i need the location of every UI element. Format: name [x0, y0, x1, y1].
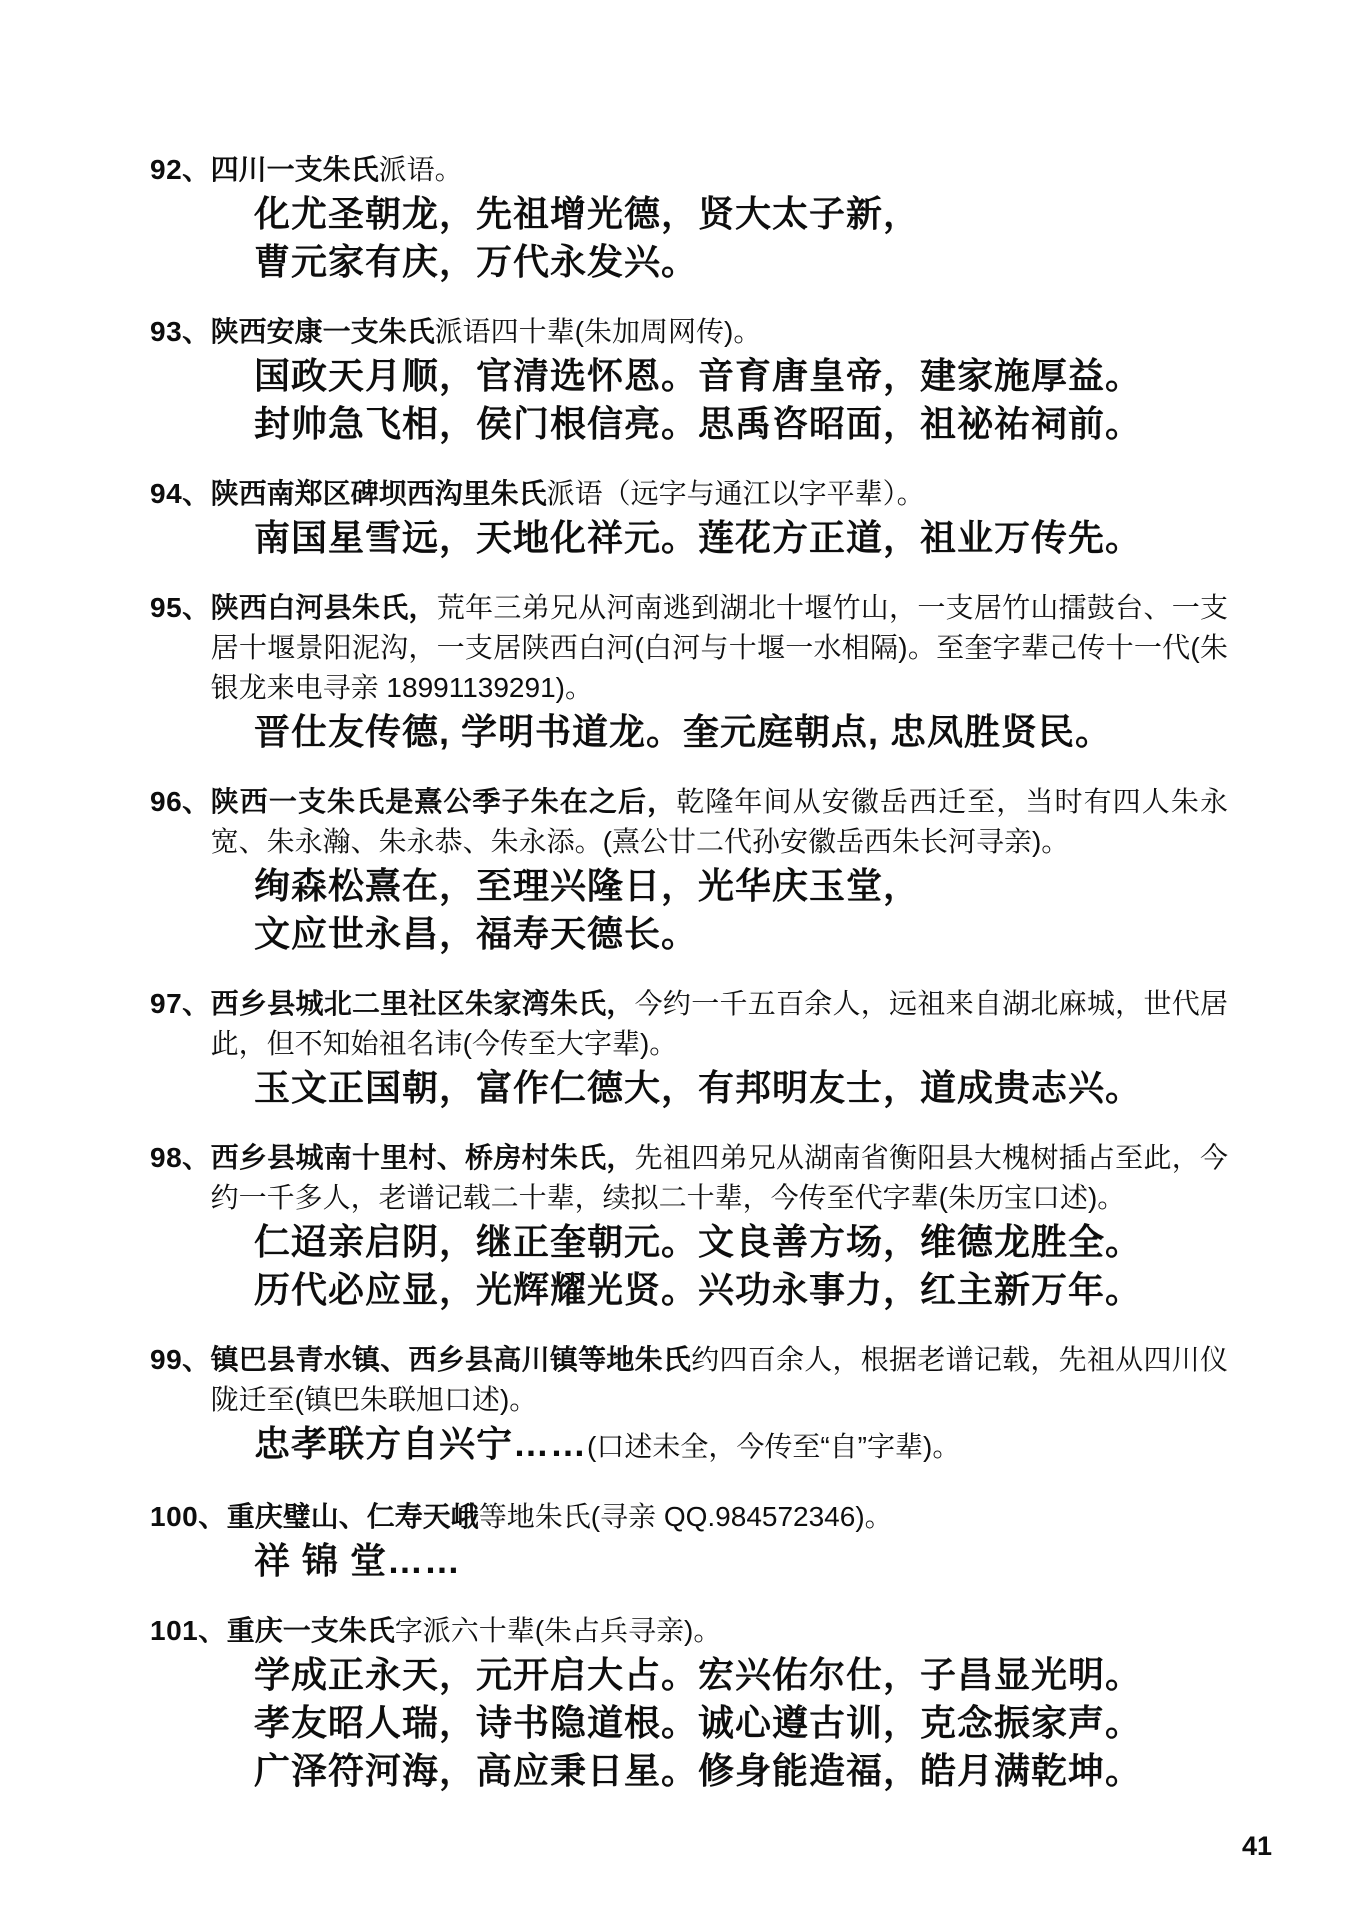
- poem-text-segment: 玉文正国朝，富作仁德大，有邦明友士，道成贵志兴。: [254, 1067, 1142, 1108]
- poem-line: 玉文正国朝，富作仁德大，有邦明友士，道成贵志兴。: [254, 1064, 1228, 1112]
- item-description: 镇巴县青水镇、西乡县高川镇等地朱氏约四百余人，根据老谱记载，先祖从四川仪陇迁至(…: [211, 1340, 1228, 1420]
- item-number: 101、: [150, 1611, 227, 1651]
- header-text-segment: 派语四十辈(朱加周网传)。: [435, 316, 762, 347]
- poem-text-segment: (口述未全，今传至“自”字辈)。: [587, 1431, 960, 1462]
- item-number: 94、: [150, 474, 211, 514]
- poem-line: 曹元家有庆，万代永发兴。: [254, 238, 1228, 286]
- poem-text-segment: 仁迢亲启阴，继正奎朝元。文良善方场，维德龙胜全。: [254, 1221, 1142, 1262]
- genealogy-item-list: 92、四川一支朱氏派语。化尤圣朝龙，先祖增光德，贤大太子新，曹元家有庆，万代永发…: [150, 150, 1228, 1795]
- header-text-segment: 重庆一支朱氏: [227, 1615, 395, 1646]
- poem-line: 历代必应显，光辉耀光贤。兴功永事力，红主新万年。: [254, 1266, 1228, 1314]
- item-description: 西乡县城北二里社区朱家湾朱氏，今约一千五百余人，远祖来自湖北麻城，世代居此，但不…: [211, 984, 1228, 1064]
- item-number: 95、: [150, 588, 211, 628]
- genealogy-item: 99、镇巴县青水镇、西乡县高川镇等地朱氏约四百余人，根据老谱记载，先祖从四川仪陇…: [150, 1340, 1228, 1471]
- header-text-segment: 四川一支朱氏: [211, 154, 379, 185]
- poem-text-segment: 广泽符河海，高应秉日星。修身能造福，皓月满乾坤。: [254, 1750, 1142, 1791]
- genealogy-item: 96、陕西一支朱氏是熹公季子朱在之后，乾隆年间从安徽岳西迁至，当时有四人朱永宽、…: [150, 782, 1228, 958]
- item-header-row: 98、西乡县城南十里村、桥房村朱氏，先祖四弟兄从湖南省衡阳县大槐树插占至此，今约…: [150, 1138, 1228, 1218]
- poem-line: 南国星雪远，天地化祥元。莲花方正道，祖业万传先。: [254, 514, 1228, 562]
- poem-line: 国政天月顺，官清选怀恩。音育唐皇帝，建家施厚益。: [254, 352, 1228, 400]
- genealogy-item: 97、西乡县城北二里社区朱家湾朱氏，今约一千五百余人，远祖来自湖北麻城，世代居此…: [150, 984, 1228, 1112]
- item-header-row: 93、陕西安康一支朱氏派语四十辈(朱加周网传)。: [150, 312, 1228, 352]
- poem-line: 孝友昭人瑞，诗书隐道根。诚心遵古训，克念振家声。: [254, 1699, 1228, 1747]
- item-number: 98、: [150, 1138, 211, 1178]
- item-description: 西乡县城南十里村、桥房村朱氏，先祖四弟兄从湖南省衡阳县大槐树插占至此，今约一千多…: [211, 1138, 1228, 1218]
- poem-text-segment: 绚森松熹在，至理兴隆日，光华庆玉堂，: [254, 865, 920, 906]
- genealogy-item: 98、西乡县城南十里村、桥房村朱氏，先祖四弟兄从湖南省衡阳县大槐树插占至此，今约…: [150, 1138, 1228, 1314]
- genealogy-item: 101、重庆一支朱氏字派六十辈(朱占兵寻亲)。学成正永天，元开启大占。宏兴佑尔仕…: [150, 1611, 1228, 1795]
- header-text-segment: 西乡县城北二里社区朱家湾朱氏，: [211, 988, 635, 1019]
- poem-text-segment: 南国星雪远，天地化祥元。莲花方正道，祖业万传先。: [254, 517, 1142, 558]
- header-text-segment: 陕西南郑区碑坝西沟里朱氏: [211, 478, 547, 509]
- poem-line: 广泽符河海，高应秉日星。修身能造福，皓月满乾坤。: [254, 1747, 1228, 1795]
- item-header-row: 96、陕西一支朱氏是熹公季子朱在之后，乾隆年间从安徽岳西迁至，当时有四人朱永宽、…: [150, 782, 1228, 862]
- item-number: 99、: [150, 1340, 211, 1380]
- item-header-row: 95、陕西白河县朱氏，荒年三弟兄从河南逃到湖北十堰竹山，一支居竹山擂鼓台、一支居…: [150, 588, 1228, 708]
- item-description: 陕西南郑区碑坝西沟里朱氏派语（远字与通江以字平辈）。: [211, 474, 1228, 514]
- poem-text-segment: 学成正永天，元开启大占。宏兴佑尔仕，子昌显光明。: [254, 1654, 1142, 1695]
- poem-line: 忠孝联方自兴宁……(口述未全，今传至“自”字辈)。: [254, 1420, 1228, 1471]
- header-text-segment: 西乡县城南十里村、桥房村朱氏，: [211, 1142, 635, 1173]
- poem-line: 绚森松熹在，至理兴隆日，光华庆玉堂，: [254, 862, 1228, 910]
- header-text-segment: 重庆璧山、仁寿天峨: [227, 1501, 479, 1532]
- document-page: 92、四川一支朱氏派语。化尤圣朝龙，先祖增光德，贤大太子新，曹元家有庆，万代永发…: [0, 0, 1368, 1920]
- poem-text-segment: 国政天月顺，官清选怀恩。音育唐皇帝，建家施厚益。: [254, 355, 1142, 396]
- poem-text-segment: 历代必应显，光辉耀光贤。兴功永事力，红主新万年。: [254, 1269, 1142, 1310]
- item-number: 97、: [150, 984, 211, 1024]
- poem-line: 仁迢亲启阴，继正奎朝元。文良善方场，维德龙胜全。: [254, 1218, 1228, 1266]
- item-header-row: 94、陕西南郑区碑坝西沟里朱氏派语（远字与通江以字平辈）。: [150, 474, 1228, 514]
- poem-text-segment: 忠孝联方自兴宁……: [254, 1423, 587, 1464]
- item-number: 92、: [150, 150, 211, 190]
- item-description: 重庆一支朱氏字派六十辈(朱占兵寻亲)。: [227, 1611, 1228, 1651]
- item-description: 陕西一支朱氏是熹公季子朱在之后，乾隆年间从安徽岳西迁至，当时有四人朱永宽、朱永瀚…: [211, 782, 1228, 862]
- item-description: 陕西白河县朱氏，荒年三弟兄从河南逃到湖北十堰竹山，一支居竹山擂鼓台、一支居十堰景…: [211, 588, 1228, 708]
- item-number: 93、: [150, 312, 211, 352]
- poem-text-segment: 化尤圣朝龙，先祖增光德，贤大太子新，: [254, 193, 920, 234]
- genealogy-item: 92、四川一支朱氏派语。化尤圣朝龙，先祖增光德，贤大太子新，曹元家有庆，万代永发…: [150, 150, 1228, 286]
- poem-text-segment: 晋仕友传德, 学明书道龙。奎元庭朝点, 忠凤胜贤民。: [254, 711, 1112, 752]
- poem-text-segment: 孝友昭人瑞，诗书隐道根。诚心遵古训，克念振家声。: [254, 1702, 1142, 1743]
- header-text-segment: 陕西一支朱氏是熹公季子朱在之后，: [211, 786, 677, 817]
- item-header-row: 97、西乡县城北二里社区朱家湾朱氏，今约一千五百余人，远祖来自湖北麻城，世代居此…: [150, 984, 1228, 1064]
- header-text-segment: 等地朱氏(寻亲 QQ.984572346)。: [479, 1501, 893, 1532]
- item-description: 陕西安康一支朱氏派语四十辈(朱加周网传)。: [211, 312, 1228, 352]
- poem-line: 文应世永昌，福寿天德长。: [254, 910, 1228, 958]
- item-description: 重庆璧山、仁寿天峨等地朱氏(寻亲 QQ.984572346)。: [227, 1497, 1228, 1537]
- header-text-segment: 陕西安康一支朱氏: [211, 316, 435, 347]
- genealogy-item: 94、陕西南郑区碑坝西沟里朱氏派语（远字与通江以字平辈）。南国星雪远，天地化祥元…: [150, 474, 1228, 562]
- genealogy-item: 100、重庆璧山、仁寿天峨等地朱氏(寻亲 QQ.984572346)。祥 锦 堂…: [150, 1497, 1228, 1585]
- poem-text-segment: 文应世永昌，福寿天德长。: [254, 913, 698, 954]
- header-text-segment: 陕西白河县朱氏，: [211, 592, 437, 623]
- genealogy-item: 93、陕西安康一支朱氏派语四十辈(朱加周网传)。国政天月顺，官清选怀恩。音育唐皇…: [150, 312, 1228, 448]
- page-number: 41: [1242, 1831, 1272, 1862]
- header-text-segment: 派语（远字与通江以字平辈）。: [547, 478, 925, 509]
- item-header-row: 101、重庆一支朱氏字派六十辈(朱占兵寻亲)。: [150, 1611, 1228, 1651]
- poem-line: 封帅急飞相，侯门根信亮。思禹咨昭面，祖祕祐祠前。: [254, 400, 1228, 448]
- poem-line: 学成正永天，元开启大占。宏兴佑尔仕，子昌显光明。: [254, 1651, 1228, 1699]
- item-number: 96、: [150, 782, 211, 822]
- header-text-segment: 派语。: [379, 154, 463, 185]
- poem-text-segment: 祥 锦 堂……: [254, 1540, 461, 1581]
- poem-text-segment: 曹元家有庆，万代永发兴。: [254, 241, 698, 282]
- item-header-row: 92、四川一支朱氏派语。: [150, 150, 1228, 190]
- item-header-row: 99、镇巴县青水镇、西乡县高川镇等地朱氏约四百余人，根据老谱记载，先祖从四川仪陇…: [150, 1340, 1228, 1420]
- poem-line: 祥 锦 堂……: [254, 1537, 1228, 1585]
- header-text-segment: 镇巴县青水镇、西乡县高川镇等地朱氏: [211, 1344, 692, 1375]
- poem-line: 晋仕友传德, 学明书道龙。奎元庭朝点, 忠凤胜贤民。: [254, 708, 1228, 756]
- item-description: 四川一支朱氏派语。: [211, 150, 1228, 190]
- poem-line: 化尤圣朝龙，先祖增光德，贤大太子新，: [254, 190, 1228, 238]
- genealogy-item: 95、陕西白河县朱氏，荒年三弟兄从河南逃到湖北十堰竹山，一支居竹山擂鼓台、一支居…: [150, 588, 1228, 756]
- item-header-row: 100、重庆璧山、仁寿天峨等地朱氏(寻亲 QQ.984572346)。: [150, 1497, 1228, 1537]
- header-text-segment: 字派六十辈(朱占兵寻亲)。: [395, 1615, 722, 1646]
- item-number: 100、: [150, 1497, 227, 1537]
- poem-text-segment: 封帅急飞相，侯门根信亮。思禹咨昭面，祖祕祐祠前。: [254, 403, 1142, 444]
